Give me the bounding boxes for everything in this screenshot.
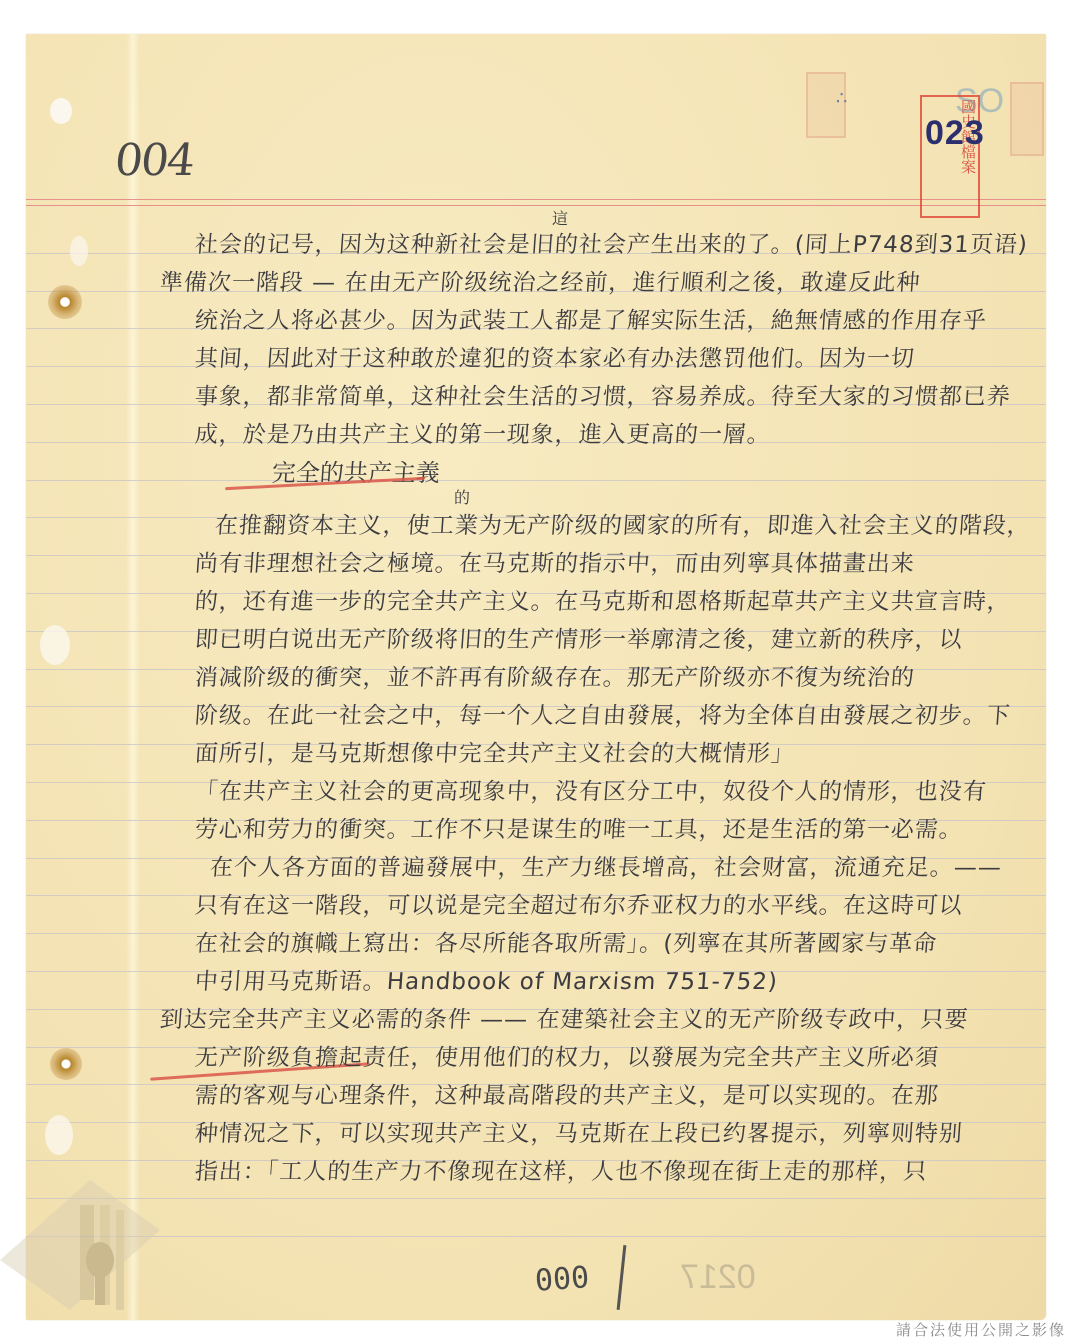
faint-seal — [1010, 82, 1044, 156]
text-line: 事象，都非常简单，这种社会生活的习惯，容易养成。待至大家的习惯都已养 — [194, 378, 1074, 411]
text-line: 无产阶级負擔起责任，使用他们的权力，以發展为完全共产主义所必須 — [194, 1039, 1074, 1072]
text-line: 在社会的旗幟上寫出：各尽所能各取所需」。(列寧在其所著國家与革命 — [194, 925, 1074, 958]
text-line: 到达完全共产主义必需的条件 —— 在建築社会主义的无产阶级专政中，只要 — [159, 1001, 1041, 1034]
paper-fold — [126, 34, 140, 1320]
insertion-mark: 的 — [454, 485, 470, 508]
torn-hole — [40, 625, 70, 665]
text-line: 种情况之下，可以实现共产主义，马克斯在上段已约畧提示，列寧则特别 — [194, 1115, 1074, 1148]
text-line: 需的客观与心理条件，这种最高階段的共产主义，是可以实现的。在那 — [194, 1077, 1074, 1110]
text-line: 指出：「工人的生产力不像现在这样，人也不像现在街上走的那样，只 — [194, 1153, 1074, 1186]
ruled-line — [26, 480, 1046, 481]
text-line: 在个人各方面的普遍發展中，生产力继長增高，社会财富，流通充足。—— — [209, 849, 1074, 882]
red-header-rule — [26, 199, 1046, 206]
handwritten-page-number: 004 — [112, 135, 195, 186]
text-line: 消减阶级的衝突，並不許再有阶級存在。那无产阶级亦不復为统治的 — [194, 659, 1074, 692]
text-line: 面所引，是马克斯想像中完全共产主义社会的大概情形」 — [194, 735, 1074, 768]
text-line: 的，还有進一步的完全共产主义。在马克斯和恩格斯起草共产主义共宣言時， — [194, 583, 1074, 616]
text-line: 阶级。在此一社会之中，每一个人之自由發展，将为全体自由發展之初步。下 — [194, 697, 1074, 730]
text-line: 在推翻资本主义，使工業为无产阶级的國家的所有，即進入社会主义的階段， — [214, 507, 1074, 540]
text-line: 中引用马克斯语。Handbook of Marxism 751-752) — [194, 963, 1074, 996]
torn-hole — [70, 236, 88, 266]
legal-notice: 請合法使用公開之影像 — [896, 1319, 1066, 1340]
handwritten-footer-number: 000 — [534, 1260, 590, 1299]
bleed-through-number: 0217 — [680, 1258, 756, 1297]
text-line: 统治之人将必甚少。因为武装工人都是了解实际生活，絶無情感的作用存乎 — [194, 302, 1074, 335]
archive-logo-watermark — [0, 1160, 220, 1320]
text-line: 成，於是乃由共产主义的第一现象，進入更高的一層。 — [194, 416, 1074, 449]
faint-seal — [806, 72, 846, 138]
punch-hole — [50, 98, 72, 124]
text-line: 尚有非理想社会之極境。在马克斯的指示中，而由列寧具体描畫出来 — [194, 545, 1074, 578]
archive-stamp-number: 023 — [925, 114, 985, 153]
text-line: 其间，因此对于这种敢於違犯的资本家必有办法懲罚他们。因为一切 — [194, 340, 1074, 373]
text-line: 社会的记号，因为这种新社会是旧的社会产生出来的了。(同上P748到31页语) — [194, 226, 1074, 259]
text-line: 劳心和劳力的衝突。工作不只是谋生的唯一工具，还是生活的第一必需。 — [194, 811, 1074, 844]
torn-hole — [45, 1115, 73, 1155]
rust-stain — [48, 285, 82, 319]
text-line: 即已明白说出无产阶级将旧的生产情形一举廓清之後，建立新的秩序，以 — [194, 621, 1074, 654]
text-line: 只有在这一階段，可以说是完全超过布尔乔亚权力的水平线。在这時可以 — [194, 887, 1074, 920]
rust-stain — [50, 1048, 82, 1080]
text-line: 「在共产主义社会的更高现象中，没有区分工中，奴役个人的情形，也没有 — [194, 773, 1074, 806]
text-line: 準備次一階段 — 在由无产阶级统治之经前，進行順利之後，敢違反此种 — [159, 264, 1041, 297]
